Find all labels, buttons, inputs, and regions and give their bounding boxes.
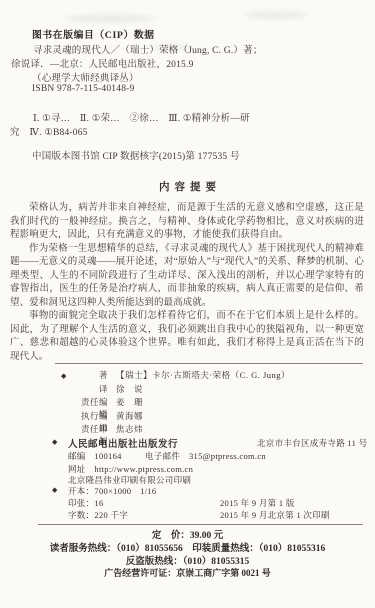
reader-hotline: 读者服务热线：（010）81055656 印装质量热线：（010）8105531… [0,540,375,554]
abstract-body: 荣格认为，病苦并非来自神经症，而是源于生活的无意义感和空虚感，这正是我们时代的一… [10,202,364,365]
credit-label: 译 [75,383,108,395]
scan-smudge [66,14,156,23]
abstract-paragraph: 作为荣格一生思想精华的总结，《寻求灵魂的现代人》基于困扰现代人的精神难题——无意… [10,243,364,311]
credit-value: 徐 说 [116,383,143,395]
cip-imprint-line: 徐说译．—北京：人民邮电出版社，2015.9 [11,56,194,70]
credit-value: 焦志炜 [116,423,143,435]
credit-label: 著 [75,369,108,381]
scan-smudge [245,11,307,19]
cip-index-line-2: 究 Ⅳ. ①B84-065 [10,124,88,138]
sheets-line: 印张：16 [68,497,104,509]
abstract-paragraph: 事物的面貌完全取决于我们怎样看待它们，而不在于它们本质上是什么样的。因此，为了理… [10,310,364,364]
divider-top [55,363,363,364]
diamond-icon: ◆ [61,372,75,380]
ad-license: 广告经营许可证：京崇工商广字第 0021 号 [0,566,375,579]
printing-line: 2015 年 9 月北京第 1 次印刷 [220,509,330,521]
diamond-icon: ◆ [52,438,57,446]
credit-value: 姜 珊 [116,396,143,408]
publisher-name: 人民邮电出版社出版发行 [68,436,178,450]
price-line: 定 价：39.00 元 [0,527,375,541]
format-line: 开本：700×1000 1/16 [68,485,156,497]
credit-value: 【瑞士】卡尔·古斯塔夫·荣格（C. G. Jung） [116,369,290,381]
edition-line: 2015 年 9 月第 1 版 [220,497,295,509]
cip-index-line-1: Ⅰ. ①寻… Ⅱ. ①荣… ②徐… Ⅲ. ①精神分析—研 [33,110,250,124]
copyright-page: 图书在版编目（CIP）数据 寻求灵魂的现代人／（瑞士）荣格（Jung, C. G… [0,0,375,608]
publisher-email: 电子邮件 315@ptpress.com.cn [145,450,266,462]
divider-bottom [38,524,363,525]
wordcount-line: 字数：220 千字 [68,509,128,521]
cip-title-line: 寻求灵魂的现代人／（瑞士）荣格（Jung, C. G.）著； [33,42,263,56]
abstract-paragraph: 荣格认为，病苦并非来自神经症，而是源于生活的无意义感和空虚感，这正是我们时代的一… [10,202,364,243]
cip-isbn-line: ISBN 978-7-115-40148-9 [32,84,134,94]
publisher-postcode: 邮编 100164 [68,450,122,462]
credit-row: 译 徐 说 [61,383,143,395]
cip-series-line: （心理学大师经典译丛） [32,70,139,84]
credit-row: ◆ 著 【瑞士】卡尔·古斯塔夫·荣格（C. G. Jung） [61,369,290,381]
publisher-address: 北京市丰台区成寿寺路 11 号 [257,437,367,449]
credit-value: 黄海娜 [116,410,143,422]
anti-piracy-hotline: 反盗版热线：（010）81055315 [0,553,375,567]
cip-registry-line: 中国版本图书馆 CIP 数据核字(2015)第 177535 号 [32,148,240,162]
diamond-icon: ◆ [52,486,57,494]
abstract-heading: 内容提要 [0,179,375,194]
cip-heading: 图书在版编目（CIP）数据 [32,27,155,41]
